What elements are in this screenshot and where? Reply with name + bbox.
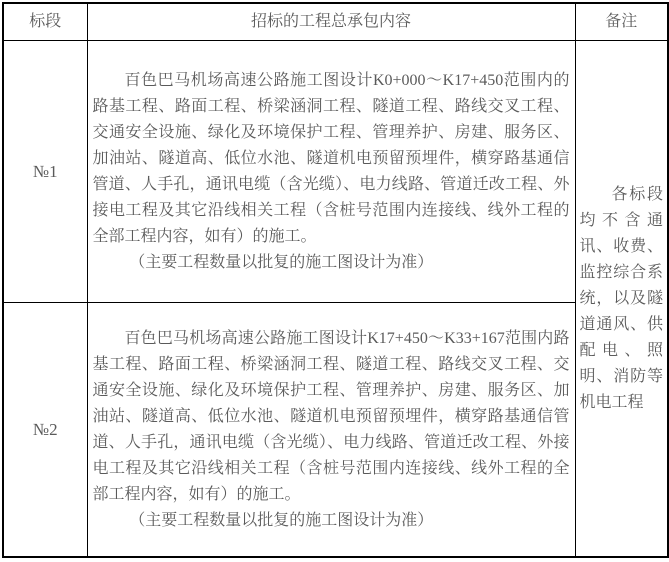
content-note-2: （主要工程数量以批复的施工图设计为准） bbox=[93, 508, 570, 534]
header-cell-remark: 备注 bbox=[575, 3, 668, 41]
section-label-2: №2 bbox=[3, 303, 87, 558]
header-cell-section: 标段 bbox=[3, 3, 87, 41]
table-header-row: 标段 招标的工程总承包内容 备注 bbox=[3, 3, 668, 41]
remark-cell: 各标段均不含通讯、收费、监控综合系统，以及隧道通风、供配电、照明、消防等机电工程 bbox=[575, 41, 668, 558]
section-label-1: №1 bbox=[3, 41, 87, 303]
tender-sections-table: 标段 招标的工程总承包内容 备注 №1 百色巴马机场高速公路施工图设计K0+00… bbox=[2, 2, 669, 558]
content-cell-1: 百色巴马机场高速公路施工图设计K0+000～K17+450范围内的路基工程、路面… bbox=[87, 41, 575, 303]
content-paragraph-2: 百色巴马机场高速公路施工图设计K17+450～K33+167范围内路基工程、路面… bbox=[93, 326, 570, 508]
content-note-1: （主要工程数量以批复的施工图设计为准） bbox=[93, 250, 570, 276]
table-row-section-1: №1 百色巴马机场高速公路施工图设计K0+000～K17+450范围内的路基工程… bbox=[3, 41, 668, 303]
remark-paragraph: 各标段均不含通讯、收费、监控综合系统，以及隧道通风、供配电、照明、消防等机电工程 bbox=[580, 182, 664, 416]
header-cell-content: 招标的工程总承包内容 bbox=[87, 3, 575, 41]
table-row-section-2: №2 百色巴马机场高速公路施工图设计K17+450～K33+167范围内路基工程… bbox=[3, 303, 668, 558]
content-paragraph-1: 百色巴马机场高速公路施工图设计K0+000～K17+450范围内的路基工程、路面… bbox=[93, 68, 570, 250]
content-cell-2: 百色巴马机场高速公路施工图设计K17+450～K33+167范围内路基工程、路面… bbox=[87, 303, 575, 558]
